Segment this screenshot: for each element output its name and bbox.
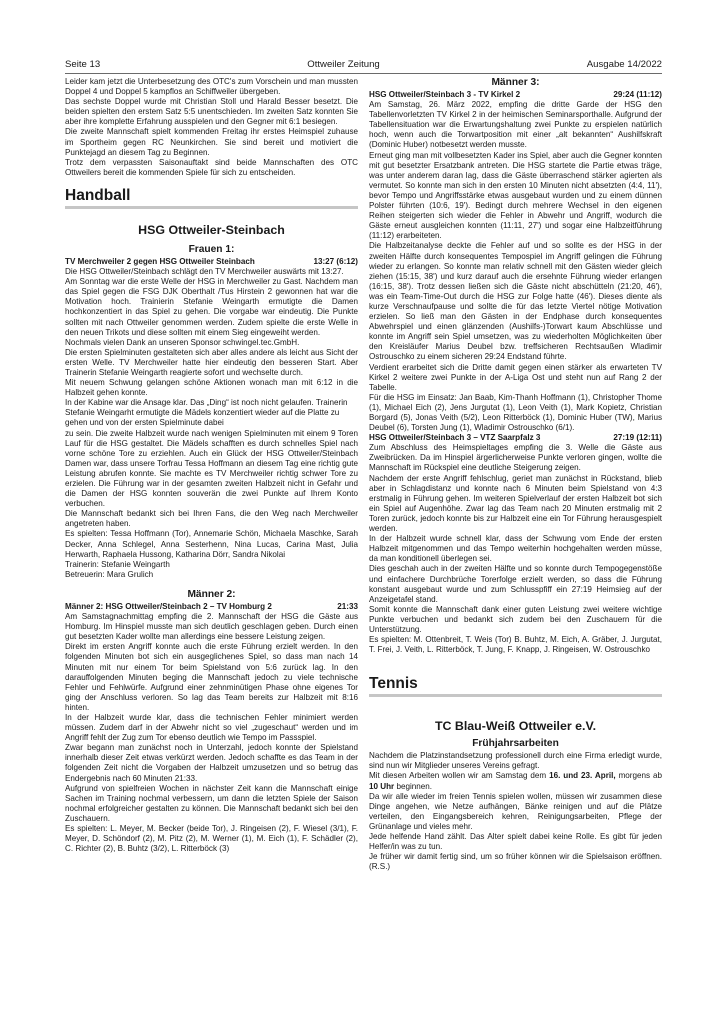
paragraph: Am Samstagnachmittag empfing die 2. Mann… bbox=[65, 612, 358, 642]
paragraph: Die zweite Mannschaft spielt kommenden F… bbox=[65, 127, 358, 157]
supervisor: Betreuerin: Mara Grulich bbox=[65, 570, 358, 580]
paragraph: Somit konnte die Mannschaft dank einer g… bbox=[369, 605, 662, 635]
right-column: Männer 3: HSG Ottweiler/Steinbach 3 - TV… bbox=[369, 77, 662, 872]
paragraph: Dies geschah auch in der zweiten Hälfte … bbox=[369, 564, 662, 604]
club-title-hsg: HSG Ottweiler-Steinbach bbox=[65, 223, 358, 238]
paragraph: Am Sonntag war die erste Welle der HSG i… bbox=[65, 277, 358, 338]
paragraph: Jede helfende Hand zählt. Das Alter spie… bbox=[369, 832, 662, 852]
paragraph: zu sein. Die zweite Halbzeit wurde nach … bbox=[65, 429, 358, 510]
subheading-frauen1: Frauen 1: bbox=[65, 244, 358, 256]
match-score: 21:33 bbox=[337, 602, 358, 612]
match-score: 27:19 (12:11) bbox=[613, 433, 662, 443]
paragraph: Nachdem die Platzinstandsetzung professi… bbox=[369, 751, 662, 771]
match-teams: HSG Ottweiler/Steinbach 3 – VTZ Saarpfal… bbox=[369, 433, 540, 443]
subheading-maenner3: Männer 3: bbox=[369, 77, 662, 89]
match-teams: HSG Ottweiler/Steinbach 3 - TV Kirkel 2 bbox=[369, 90, 520, 100]
paragraph: Zwar begann man zunächst noch in Unterza… bbox=[65, 743, 358, 783]
match-header: Männer 2: HSG Ottweiler/Steinbach 2 – TV… bbox=[65, 602, 358, 612]
paragraph: Da wir alle wieder im freien Tennis spie… bbox=[369, 792, 662, 832]
paragraph: Erneut ging man mit vollbesetzten Kader … bbox=[369, 151, 662, 242]
paragraph: Am Samstag, 26. März 2022, empfing die d… bbox=[369, 100, 662, 150]
match-header: TV Merchweiler 2 gegen HSG Ottweiler Ste… bbox=[65, 257, 358, 267]
text: beginnen. bbox=[394, 782, 432, 791]
subheading-maenner2: Männer 2: bbox=[65, 589, 358, 601]
player-list: Für die HSG im Einsatz: Jan Baab, Kim-Th… bbox=[369, 393, 662, 433]
paragraph: Die Halbzeitanalyse deckte die Fehler au… bbox=[369, 241, 662, 362]
text: Mit diesen Arbeiten wollen wir am Samsta… bbox=[369, 771, 549, 780]
paragraph: In der Halbzeit wurde schnell klar, dass… bbox=[369, 534, 662, 564]
paragraph: Die ersten Spielminuten gestalteten sich… bbox=[65, 348, 358, 378]
section-title-tennis: Tennis bbox=[369, 675, 662, 697]
paragraph: Mit diesen Arbeiten wollen wir am Samsta… bbox=[369, 771, 662, 791]
paragraph: Mit neuem Schwung gelangen schöne Aktion… bbox=[65, 378, 358, 398]
paragraph: In der Kabine war die Ansage klar. Das „… bbox=[65, 398, 358, 428]
subheading-fruehjahrsarbeiten: Frühjahrsarbeiten bbox=[369, 738, 662, 750]
paragraph: Nachdem der erste Angriff fehlschlug, ge… bbox=[369, 474, 662, 535]
paragraph: In der Halbzeit wurde klar, dass die tec… bbox=[65, 713, 358, 743]
player-list: Es spielten: M. Ottenbreit, T. Weis (Tor… bbox=[369, 635, 662, 655]
paragraph: Die HSG Ottweiler/Steinbach schlägt den … bbox=[65, 267, 358, 277]
match-teams: TV Merchweiler 2 gegen HSG Ottweiler Ste… bbox=[65, 257, 255, 267]
section-title-handball: Handball bbox=[65, 187, 358, 209]
text: morgens ab bbox=[616, 771, 662, 780]
page-number: Seite 13 bbox=[65, 59, 100, 71]
paragraph: Direkt im ersten Angriff konnte auch die… bbox=[65, 642, 358, 713]
paragraph: Die Mannschaft bedankt sich bei Ihren Fa… bbox=[65, 509, 358, 529]
paragraph: Nochmals vielen Dank an unseren Sponsor … bbox=[65, 338, 358, 348]
paragraph: Das sechste Doppel wurde mit Christian S… bbox=[65, 97, 358, 127]
paragraph: Trotz dem verpassten Saisonauftakt sind … bbox=[65, 158, 358, 178]
paragraph: Je früher wir damit fertig sind, um so f… bbox=[369, 852, 662, 872]
paragraph: Zum Abschluss des Heimspieltages empfing… bbox=[369, 443, 662, 473]
player-list: Es spielten: Tessa Hoffmann (Tor), Annem… bbox=[65, 529, 358, 559]
page-header: Seite 13 Ottweiler Zeitung Ausgabe 14/20… bbox=[65, 59, 662, 74]
time-highlight: 10 Uhr bbox=[369, 782, 394, 791]
player-list: Es spielten: L. Meyer, M. Becker (beide … bbox=[65, 824, 358, 854]
publication-title: Ottweiler Zeitung bbox=[307, 59, 380, 71]
match-header: HSG Ottweiler/Steinbach 3 - TV Kirkel 2 … bbox=[369, 90, 662, 100]
paragraph: Aufgrund von spielfreien Wochen in nächs… bbox=[65, 784, 358, 824]
match-header: HSG Ottweiler/Steinbach 3 – VTZ Saarpfal… bbox=[369, 433, 662, 443]
paragraph: Leider kam jetzt die Unterbesetzung des … bbox=[65, 77, 358, 97]
left-column: Leider kam jetzt die Unterbesetzung des … bbox=[65, 77, 358, 872]
date-highlight: 16. und 23. April, bbox=[549, 771, 616, 780]
paragraph: Verdient erarbeitet sich die Dritte dami… bbox=[369, 363, 662, 393]
newspaper-page: Seite 13 Ottweiler Zeitung Ausgabe 14/20… bbox=[65, 59, 662, 872]
issue-number: Ausgabe 14/2022 bbox=[587, 59, 662, 71]
match-score: 13:27 (6:12) bbox=[313, 257, 358, 267]
coach: Trainerin: Stefanie Weingarth bbox=[65, 560, 358, 570]
club-title-tc: TC Blau-Weiß Ottweiler e.V. bbox=[369, 719, 662, 734]
match-teams: Männer 2: HSG Ottweiler/Steinbach 2 – TV… bbox=[65, 602, 272, 612]
match-score: 29:24 (11:12) bbox=[613, 90, 662, 100]
